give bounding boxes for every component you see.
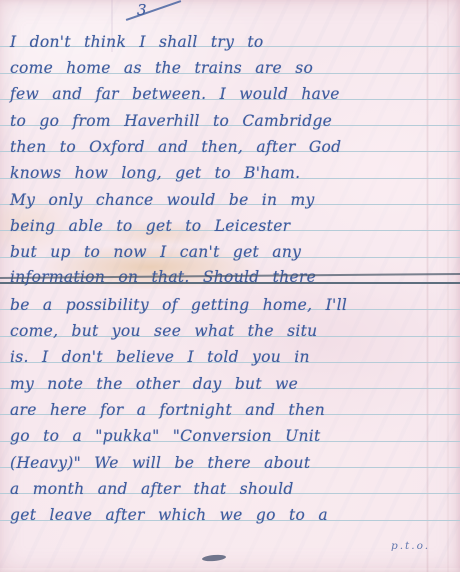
letter-line: I don't think I shall try to: [0, 21, 460, 47]
letter-line: be a possibility of getting home, I'll: [0, 284, 460, 310]
handwritten-letter-page: 3 I don't think I shall try to come home…: [0, 0, 460, 572]
letter-line: a month and after that should: [0, 468, 460, 494]
letter-line: My only chance would be in my: [0, 179, 460, 205]
letter-line: come home as the trains are so: [0, 47, 460, 73]
letter-line: but up to now I can't get any: [0, 231, 460, 257]
letter-line: get leave after which we go to a: [0, 494, 460, 520]
letter-line: being able to get to Leicester: [0, 205, 460, 231]
letter-line: few and far between. I would have: [0, 74, 460, 100]
page-number-slash: [126, 0, 181, 20]
letter-line: then to Oxford and then, after God: [0, 126, 460, 152]
letter-line: knows how long, get to B'ham.: [0, 152, 460, 178]
letter-line: are here for a fortnight and then: [0, 389, 460, 415]
ink-smudge: [202, 554, 226, 562]
letter-line: is. I don't believe I told you in: [0, 337, 460, 363]
letter-body: I don't think I shall try to come home a…: [0, 21, 460, 521]
letter-line: (Heavy)" We will be there about: [0, 442, 460, 468]
pto-note: p.t.o.: [391, 540, 430, 552]
letter-line-with-fold-crease: information on that. Should there: [0, 258, 460, 284]
letter-line: go to a "pukka" "Conversion Unit: [0, 415, 460, 441]
letter-line: come, but you see what the situ: [0, 310, 460, 336]
letter-line: to go from Haverhill to Cambridge: [0, 100, 460, 126]
letter-line: my note the other day but we: [0, 363, 460, 389]
